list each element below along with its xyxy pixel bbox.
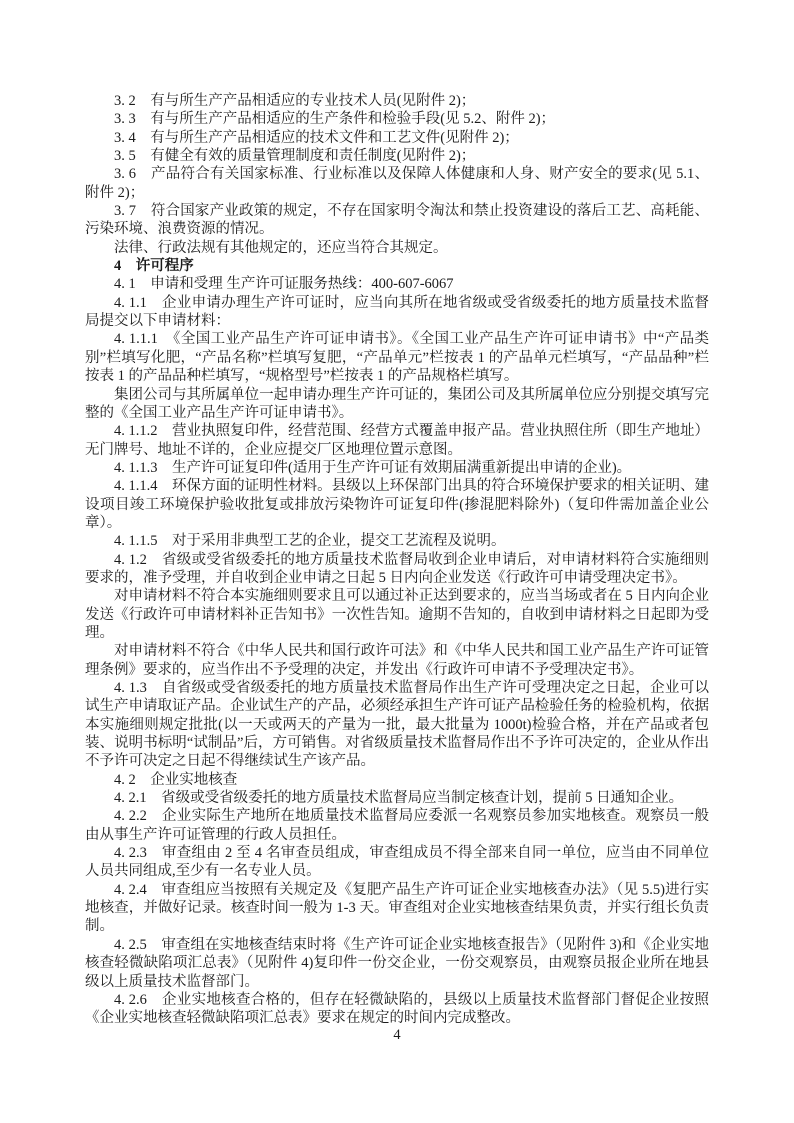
paragraph: 4. 1 申请和受理 生产许可证服务热线：400-607-6067 bbox=[85, 275, 709, 293]
paragraph: 4. 1.1.5 对于采用非典型工艺的企业，提交工艺流程及说明。 bbox=[85, 532, 709, 550]
paragraph: 4. 1.1.3 生产许可证复印件(适用于生产许可证有效期届满重新提出申请的企业… bbox=[85, 459, 709, 477]
paragraph: 4. 2.2 企业实际生产地所在地质量技术监督局应委派一名观察员参加实地核查。观… bbox=[85, 807, 709, 844]
paragraph: 法律、行政法规有其他规定的，还应当符合其规定。 bbox=[85, 239, 709, 257]
paragraph: 对申请材料不符合《中华人民共和国行政许可法》和《中华人民共和国工业产品生产许可证… bbox=[85, 642, 709, 679]
paragraph: 4. 1.1 企业申请办理生产许可证时，应当向其所在地省级或受省级委托的地方质量… bbox=[85, 294, 709, 331]
paragraph: 4. 1.1.1 《全国工业产品生产许可证申请书》。《全国工业产品生产许可证申请… bbox=[85, 330, 709, 385]
document-page: 3. 2 有与所生产产品相适应的专业技术人员(见附件 2)；3. 3 有与所生产… bbox=[85, 92, 709, 1028]
paragraph: 4. 2.6 企业实地核查合格的，但存在轻微缺陷的，县级以上质量技术监督部门督促… bbox=[85, 991, 709, 1028]
paragraph: 4. 2 企业实地核查 bbox=[85, 771, 709, 789]
paragraph: 3. 2 有与所生产产品相适应的专业技术人员(见附件 2)； bbox=[85, 92, 709, 110]
paragraph: 4. 1.3 自省级或受省级委托的地方质量技术监督局作出生产许可受理决定之日起，… bbox=[85, 679, 709, 771]
paragraph: 集团公司与其所属单位一起申请办理生产许可证的，集团公司及其所属单位应分别提交填写… bbox=[85, 386, 709, 423]
paragraph: 4. 2.1 省级或受省级委托的地方质量技术监督局应当制定核查计划，提前 5 日… bbox=[85, 789, 709, 807]
paragraph: 3. 5 有健全有效的质量管理制度和责任制度(见附件 2)； bbox=[85, 147, 709, 165]
paragraph: 4. 1.1.2 营业执照复印件，经营范围、经营方式覆盖申报产品。营业执照住所（… bbox=[85, 422, 709, 459]
paragraph: 4. 1.1.4 环保方面的证明性材料。县级以上环保部门出具的符合环境保护要求的… bbox=[85, 477, 709, 532]
paragraph: 3. 3 有与所生产产品相适应的生产条件和检验手段(见 5.2、附件 2)； bbox=[85, 110, 709, 128]
paragraph: 3. 7 符合国家产业政策的规定，不存在国家明令淘汰和禁止投资建设的落后工艺、高… bbox=[85, 202, 709, 239]
paragraph: 3. 6 产品符合有关国家标准、行业标准以及保障人体健康和人身、财产安全的要求(… bbox=[85, 165, 709, 202]
paragraph: 4. 2.5 审查组在实地核查结束时将《生产许可证企业实地核查报告》（见附件 3… bbox=[85, 936, 709, 991]
page-number: 4 bbox=[0, 1026, 794, 1044]
paragraph: 4. 2.3 审查组由 2 至 4 名审查员组成，审查组成员不得全部来自同一单位… bbox=[85, 844, 709, 881]
paragraph: 4. 1.2 省级或受省级委托的地方质量技术监督局收到企业申请后，对申请材料符合… bbox=[85, 551, 709, 588]
paragraph: 3. 4 有与所生产产品相适应的技术文件和工艺文件(见附件 2)； bbox=[85, 129, 709, 147]
section-heading: 4 许可程序 bbox=[85, 257, 709, 275]
document-body: 3. 2 有与所生产产品相适应的专业技术人员(见附件 2)；3. 3 有与所生产… bbox=[85, 92, 709, 1028]
paragraph: 4. 2.4 审查组应当按照有关规定及《复肥产品生产许可证企业实地核查办法》（见… bbox=[85, 881, 709, 936]
paragraph: 对申请材料不符合本实施细则要求且可以通过补正达到要求的，应当当场或者在 5 日内… bbox=[85, 587, 709, 642]
